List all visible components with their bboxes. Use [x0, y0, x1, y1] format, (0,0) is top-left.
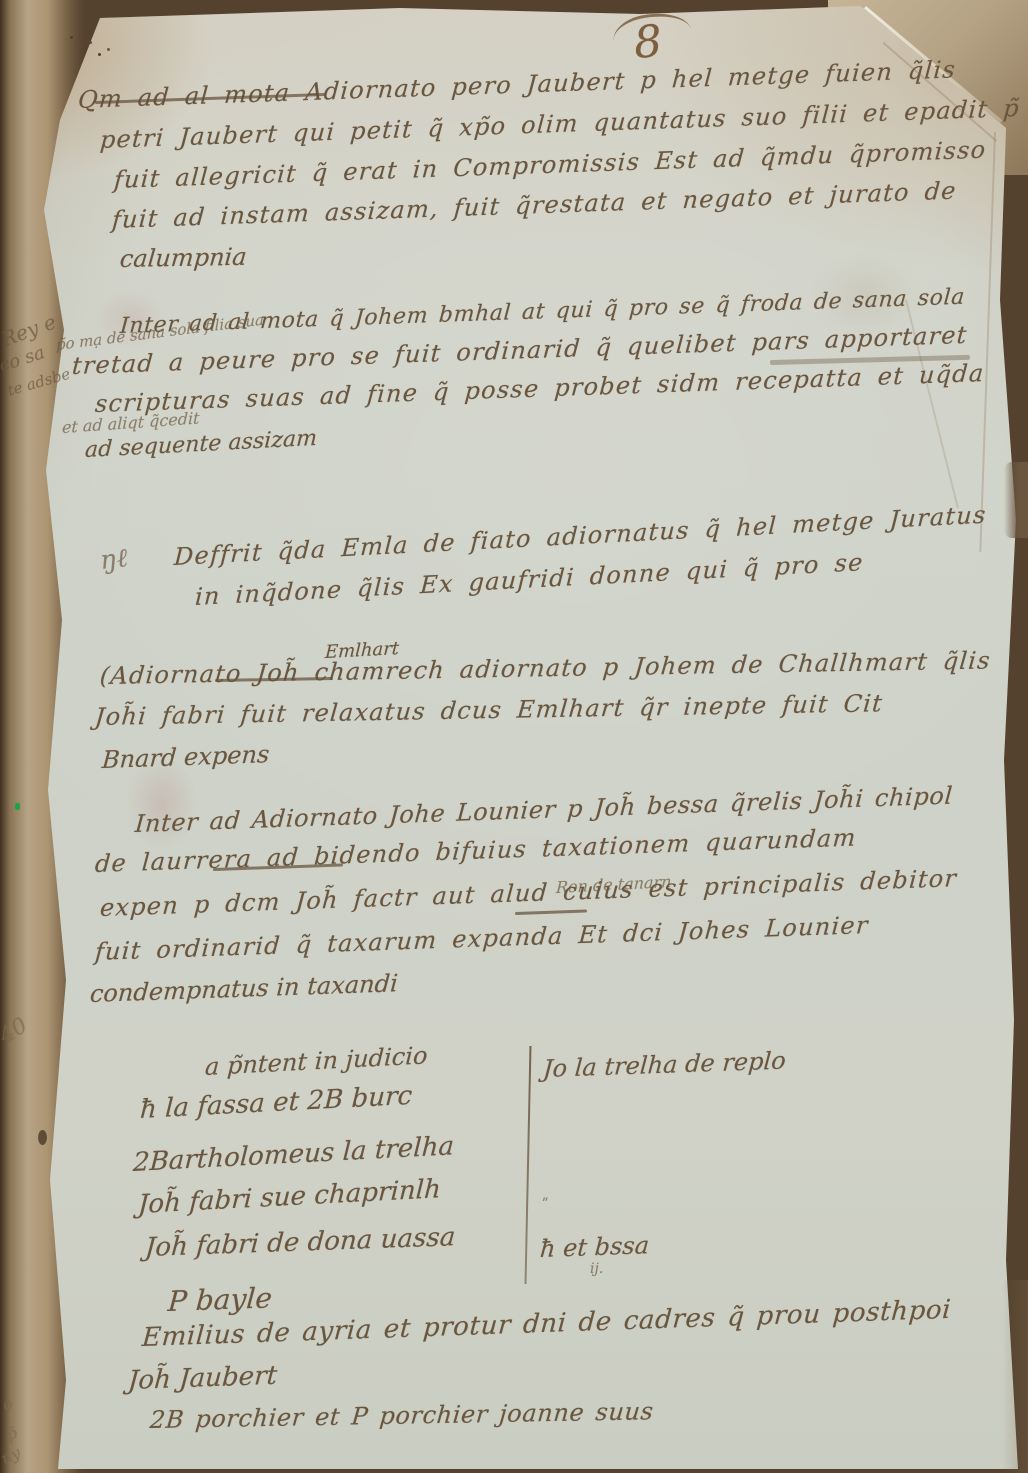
gutter-dark-spot	[38, 1130, 47, 1145]
page-number: 8	[632, 20, 664, 66]
ink-specks	[70, 36, 73, 39]
ij-mark: ij.	[590, 1262, 603, 1276]
footer-line: Joh̃ Jaubert	[127, 1363, 278, 1394]
ditto-mark: ʺ	[542, 1198, 548, 1212]
manuscript-line: Bnard expens	[101, 742, 270, 772]
bottom-right-edge-shade	[1002, 1280, 1028, 1473]
list-cross-text: ħ et bssa	[539, 1233, 650, 1261]
margin-mark: ŋℓ	[99, 545, 129, 574]
list-item-left: P bayle	[167, 1284, 273, 1316]
manuscript-photo: 8 Qm ad al mota Adiornato pero Jaubert p…	[0, 0, 1028, 1473]
manuscript-line: calumpnia	[119, 245, 248, 271]
green-artifact-dot	[15, 803, 20, 810]
right-edge-notch	[1004, 462, 1028, 538]
